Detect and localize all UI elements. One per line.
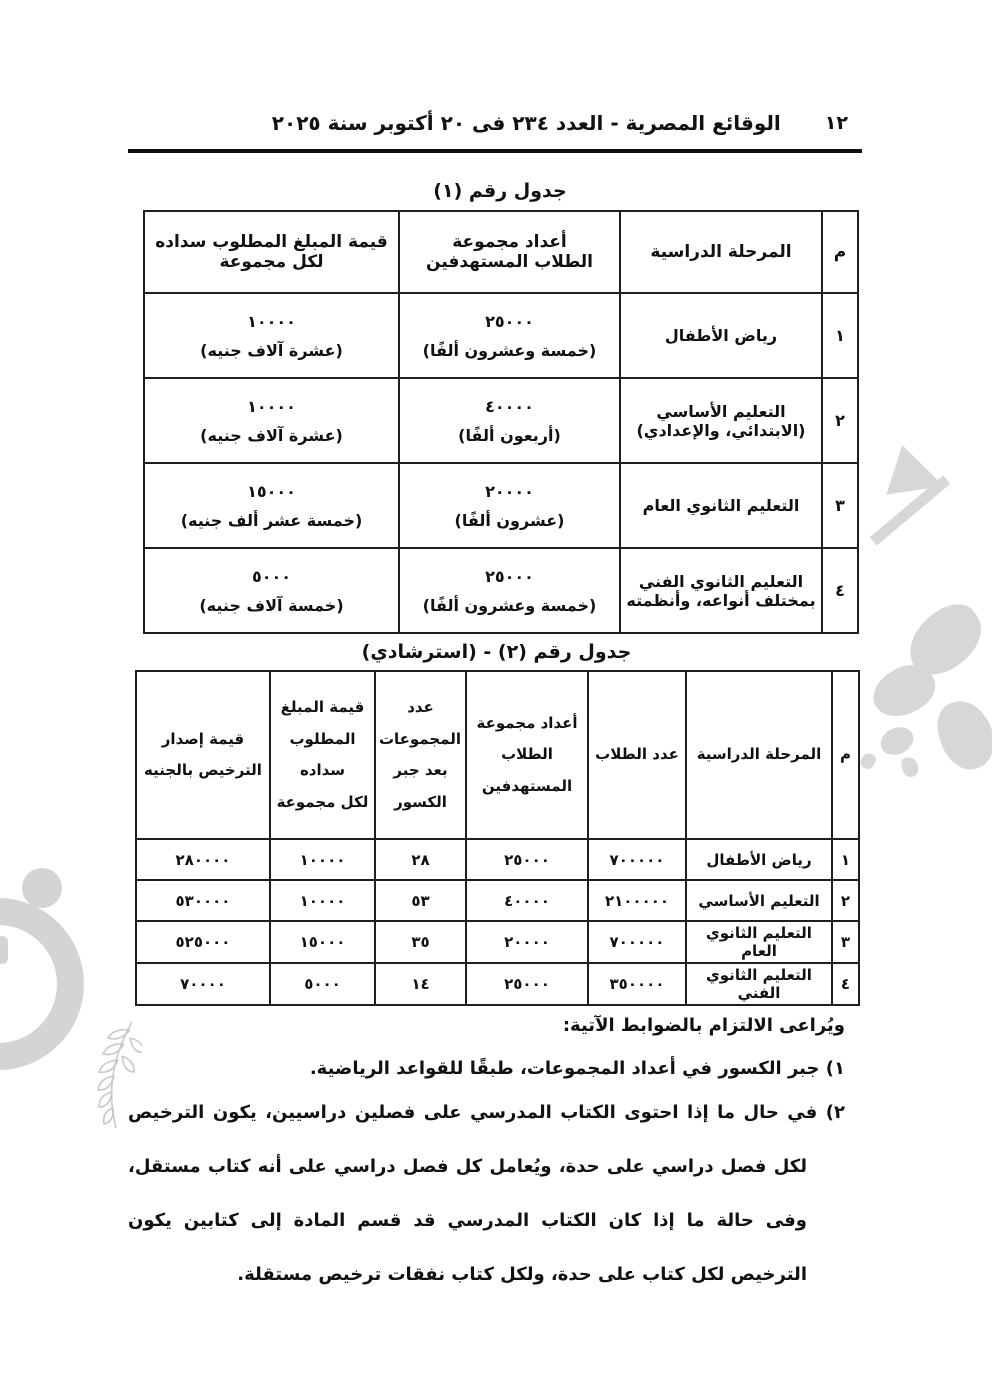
table2-row: ٣ التعليم الثانوي العام ٧٠٠٠٠٠ ٢٠٠٠٠ ٣٥ … — [136, 921, 859, 963]
amount-number: ١٥٠٠٠ — [149, 482, 394, 501]
col-header-students: أعداد مجموعة الطلاب المستهدفين — [399, 211, 620, 293]
students-number: ٢٥٠٠٠ — [404, 567, 615, 586]
cell-students: ٢٥٠٠٠(خمسة وعشرون ألفًا) — [399, 293, 620, 378]
cell-students-total: ٣٥٠٠٠٠ — [588, 963, 686, 1005]
col-header-amount: قيمة المبلغ المطلوب سداده لكل مجموعة — [270, 671, 375, 839]
watermark-fragment — [858, 751, 878, 772]
cell-stage: التعليم الثانوي العام — [686, 921, 832, 963]
header-divider — [128, 149, 862, 153]
cell-license-value: ٥٢٥٠٠٠ — [136, 921, 270, 963]
cell-students-total: ٧٠٠٠٠٠ — [588, 921, 686, 963]
col-header-groups-count: عدد المجموعات بعد جبر الكسور — [375, 671, 466, 839]
amount-words: (عشرة آلاف جنيه) — [149, 426, 394, 445]
table1-row: ٣ التعليم الثانوي العام ٢٠٠٠٠(عشرون ألفً… — [144, 463, 858, 548]
col-header-students-total: عدد الطلاب — [588, 671, 686, 839]
watermark-fragment — [22, 868, 62, 908]
students-words: (خمسة وعشرون ألفًا) — [404, 596, 615, 615]
col-header-serial: م — [822, 211, 858, 293]
cell-serial: ١ — [822, 293, 858, 378]
cell-stage: التعليم الأساسي (الابتدائي، والإعدادي) — [620, 378, 822, 463]
table1-row: ٤ التعليم الثانوي الفني بمختلف أنواعه، و… — [144, 548, 858, 633]
cell-students: ٢٠٠٠٠(عشرون ألفًا) — [399, 463, 620, 548]
cell-serial: ٢ — [832, 880, 859, 921]
cell-amount: ١٠٠٠٠ — [270, 880, 375, 921]
cell-stage: التعليم الثانوي الفني — [686, 963, 832, 1005]
cell-amount: ٥٠٠٠(خمسة آلاف جنيه) — [144, 548, 399, 633]
cell-license-value: ٥٣٠٠٠٠ — [136, 880, 270, 921]
table1-title: جدول رقم (١) — [143, 180, 857, 202]
note-item-1: ١) جبر الكسور في أعداد المجموعات، طبقًا … — [310, 1058, 845, 1079]
cell-serial: ٣ — [832, 921, 859, 963]
cell-stage: رياض الأطفال — [620, 293, 822, 378]
col-header-target-groups: أعداد مجموعة الطلاب المستهدفين — [466, 671, 588, 839]
cell-target-groups: ٢٥٠٠٠ — [466, 963, 588, 1005]
watermark-fragment — [900, 755, 921, 778]
page-header: ١٢ الوقائع المصرية - العدد ٢٣٤ فى ٢٠ أكت… — [128, 102, 860, 144]
students-number: ٢٠٠٠٠ — [404, 482, 615, 501]
cell-students-total: ٧٠٠٠٠٠ — [588, 839, 686, 880]
watermark-fragment — [0, 898, 84, 1070]
amount-number: ٥٠٠٠ — [149, 567, 394, 586]
amount-words: (عشرة آلاف جنيه) — [149, 341, 394, 360]
students-number: ٤٠٠٠٠ — [404, 397, 615, 416]
cell-groups-count: ٣٥ — [375, 921, 466, 963]
cell-serial: ٤ — [832, 963, 859, 1005]
col-header-license-value: قيمة إصدار الترخيص بالجنيه — [136, 671, 270, 839]
amount-words: (خمسة آلاف جنيه) — [149, 596, 394, 615]
notes-heading: ويُراعى الالتزام بالضوابط الآتية: — [563, 1015, 845, 1036]
cell-amount: ٥٠٠٠ — [270, 963, 375, 1005]
amount-number: ١٠٠٠٠ — [149, 397, 394, 416]
cell-groups-count: ٢٨ — [375, 839, 466, 880]
cell-amount: ١٠٠٠٠(عشرة آلاف جنيه) — [144, 378, 399, 463]
note-item-2: ٢) في حال ما إذا احتوى الكتاب المدرسي عل… — [128, 1086, 845, 1302]
col-header-amount: قيمة المبلغ المطلوب سداده لكل مجموعة — [144, 211, 399, 293]
table2-row: ١ رياض الأطفال ٧٠٠٠٠٠ ٢٥٠٠٠ ٢٨ ١٠٠٠٠ ٢٨٠… — [136, 839, 859, 880]
cell-amount: ١٠٠٠٠ — [270, 839, 375, 880]
cell-serial: ٢ — [822, 378, 858, 463]
cell-students: ٢٥٠٠٠(خمسة وعشرون ألفًا) — [399, 548, 620, 633]
table1-row: ١ رياض الأطفال ٢٥٠٠٠(خمسة وعشرون ألفًا) … — [144, 293, 858, 378]
students-words: (خمسة وعشرون ألفًا) — [404, 341, 615, 360]
watermark-fragment — [930, 693, 992, 777]
cell-serial: ٤ — [822, 548, 858, 633]
table2-header-row: م المرحلة الدراسية عدد الطلاب أعداد مجمو… — [136, 671, 859, 839]
cell-target-groups: ٤٠٠٠٠ — [466, 880, 588, 921]
table2-row: ٤ التعليم الثانوي الفني ٣٥٠٠٠٠ ٢٥٠٠٠ ١٤ … — [136, 963, 859, 1005]
cell-serial: ١ — [832, 839, 859, 880]
cell-license-value: ٧٠٠٠٠ — [136, 963, 270, 1005]
cell-stage: التعليم الثانوي العام — [620, 463, 822, 548]
cell-amount: ١٥٠٠٠ — [270, 921, 375, 963]
table1-header-row: م المرحلة الدراسية أعداد مجموعة الطلاب ا… — [144, 211, 858, 293]
cell-students: ٤٠٠٠٠(أربعون ألفًا) — [399, 378, 620, 463]
cell-amount: ١٠٠٠٠(عشرة آلاف جنيه) — [144, 293, 399, 378]
page-number: ١٢ — [825, 112, 860, 134]
cell-target-groups: ٢٥٠٠٠ — [466, 839, 588, 880]
cell-target-groups: ٢٠٠٠٠ — [466, 921, 588, 963]
gazette-page: ١٢ الوقائع المصرية - العدد ٢٣٤ فى ٢٠ أكت… — [0, 0, 992, 1400]
cell-groups-count: ١٤ — [375, 963, 466, 1005]
students-words: (أربعون ألفًا) — [404, 426, 615, 445]
cell-students-total: ٢١٠٠٠٠٠ — [588, 880, 686, 921]
cell-license-value: ٢٨٠٠٠٠ — [136, 839, 270, 880]
students-number: ٢٥٠٠٠ — [404, 312, 615, 331]
cell-serial: ٣ — [822, 463, 858, 548]
cell-groups-count: ٥٣ — [375, 880, 466, 921]
cell-stage: التعليم الثانوي الفني بمختلف أنواعه، وأن… — [620, 548, 822, 633]
watermark-fragment — [0, 936, 8, 964]
cell-stage: رياض الأطفال — [686, 839, 832, 880]
gazette-header-title: الوقائع المصرية - العدد ٢٣٤ فى ٢٠ أكتوبر… — [272, 111, 781, 135]
amount-number: ١٠٠٠٠ — [149, 312, 394, 331]
col-header-stage: المرحلة الدراسية — [620, 211, 822, 293]
watermark-fragment — [876, 722, 918, 760]
cell-stage: التعليم الأساسي — [686, 880, 832, 921]
table2-row: ٢ التعليم الأساسي ٢١٠٠٠٠٠ ٤٠٠٠٠ ٥٣ ١٠٠٠٠… — [136, 880, 859, 921]
table2-indicative: م المرحلة الدراسية عدد الطلاب أعداد مجمو… — [135, 670, 860, 1006]
table1-row: ٢ التعليم الأساسي (الابتدائي، والإعدادي)… — [144, 378, 858, 463]
amount-words: (خمسة عشر ألف جنيه) — [149, 511, 394, 530]
table2-title: جدول رقم (٢) - (استرشادي) — [135, 641, 858, 663]
col-header-serial: م — [832, 671, 859, 839]
table1-stages-fees: م المرحلة الدراسية أعداد مجموعة الطلاب ا… — [143, 210, 859, 634]
col-header-stage: المرحلة الدراسية — [686, 671, 832, 839]
cell-amount: ١٥٠٠٠(خمسة عشر ألف جنيه) — [144, 463, 399, 548]
students-words: (عشرون ألفًا) — [404, 511, 615, 530]
